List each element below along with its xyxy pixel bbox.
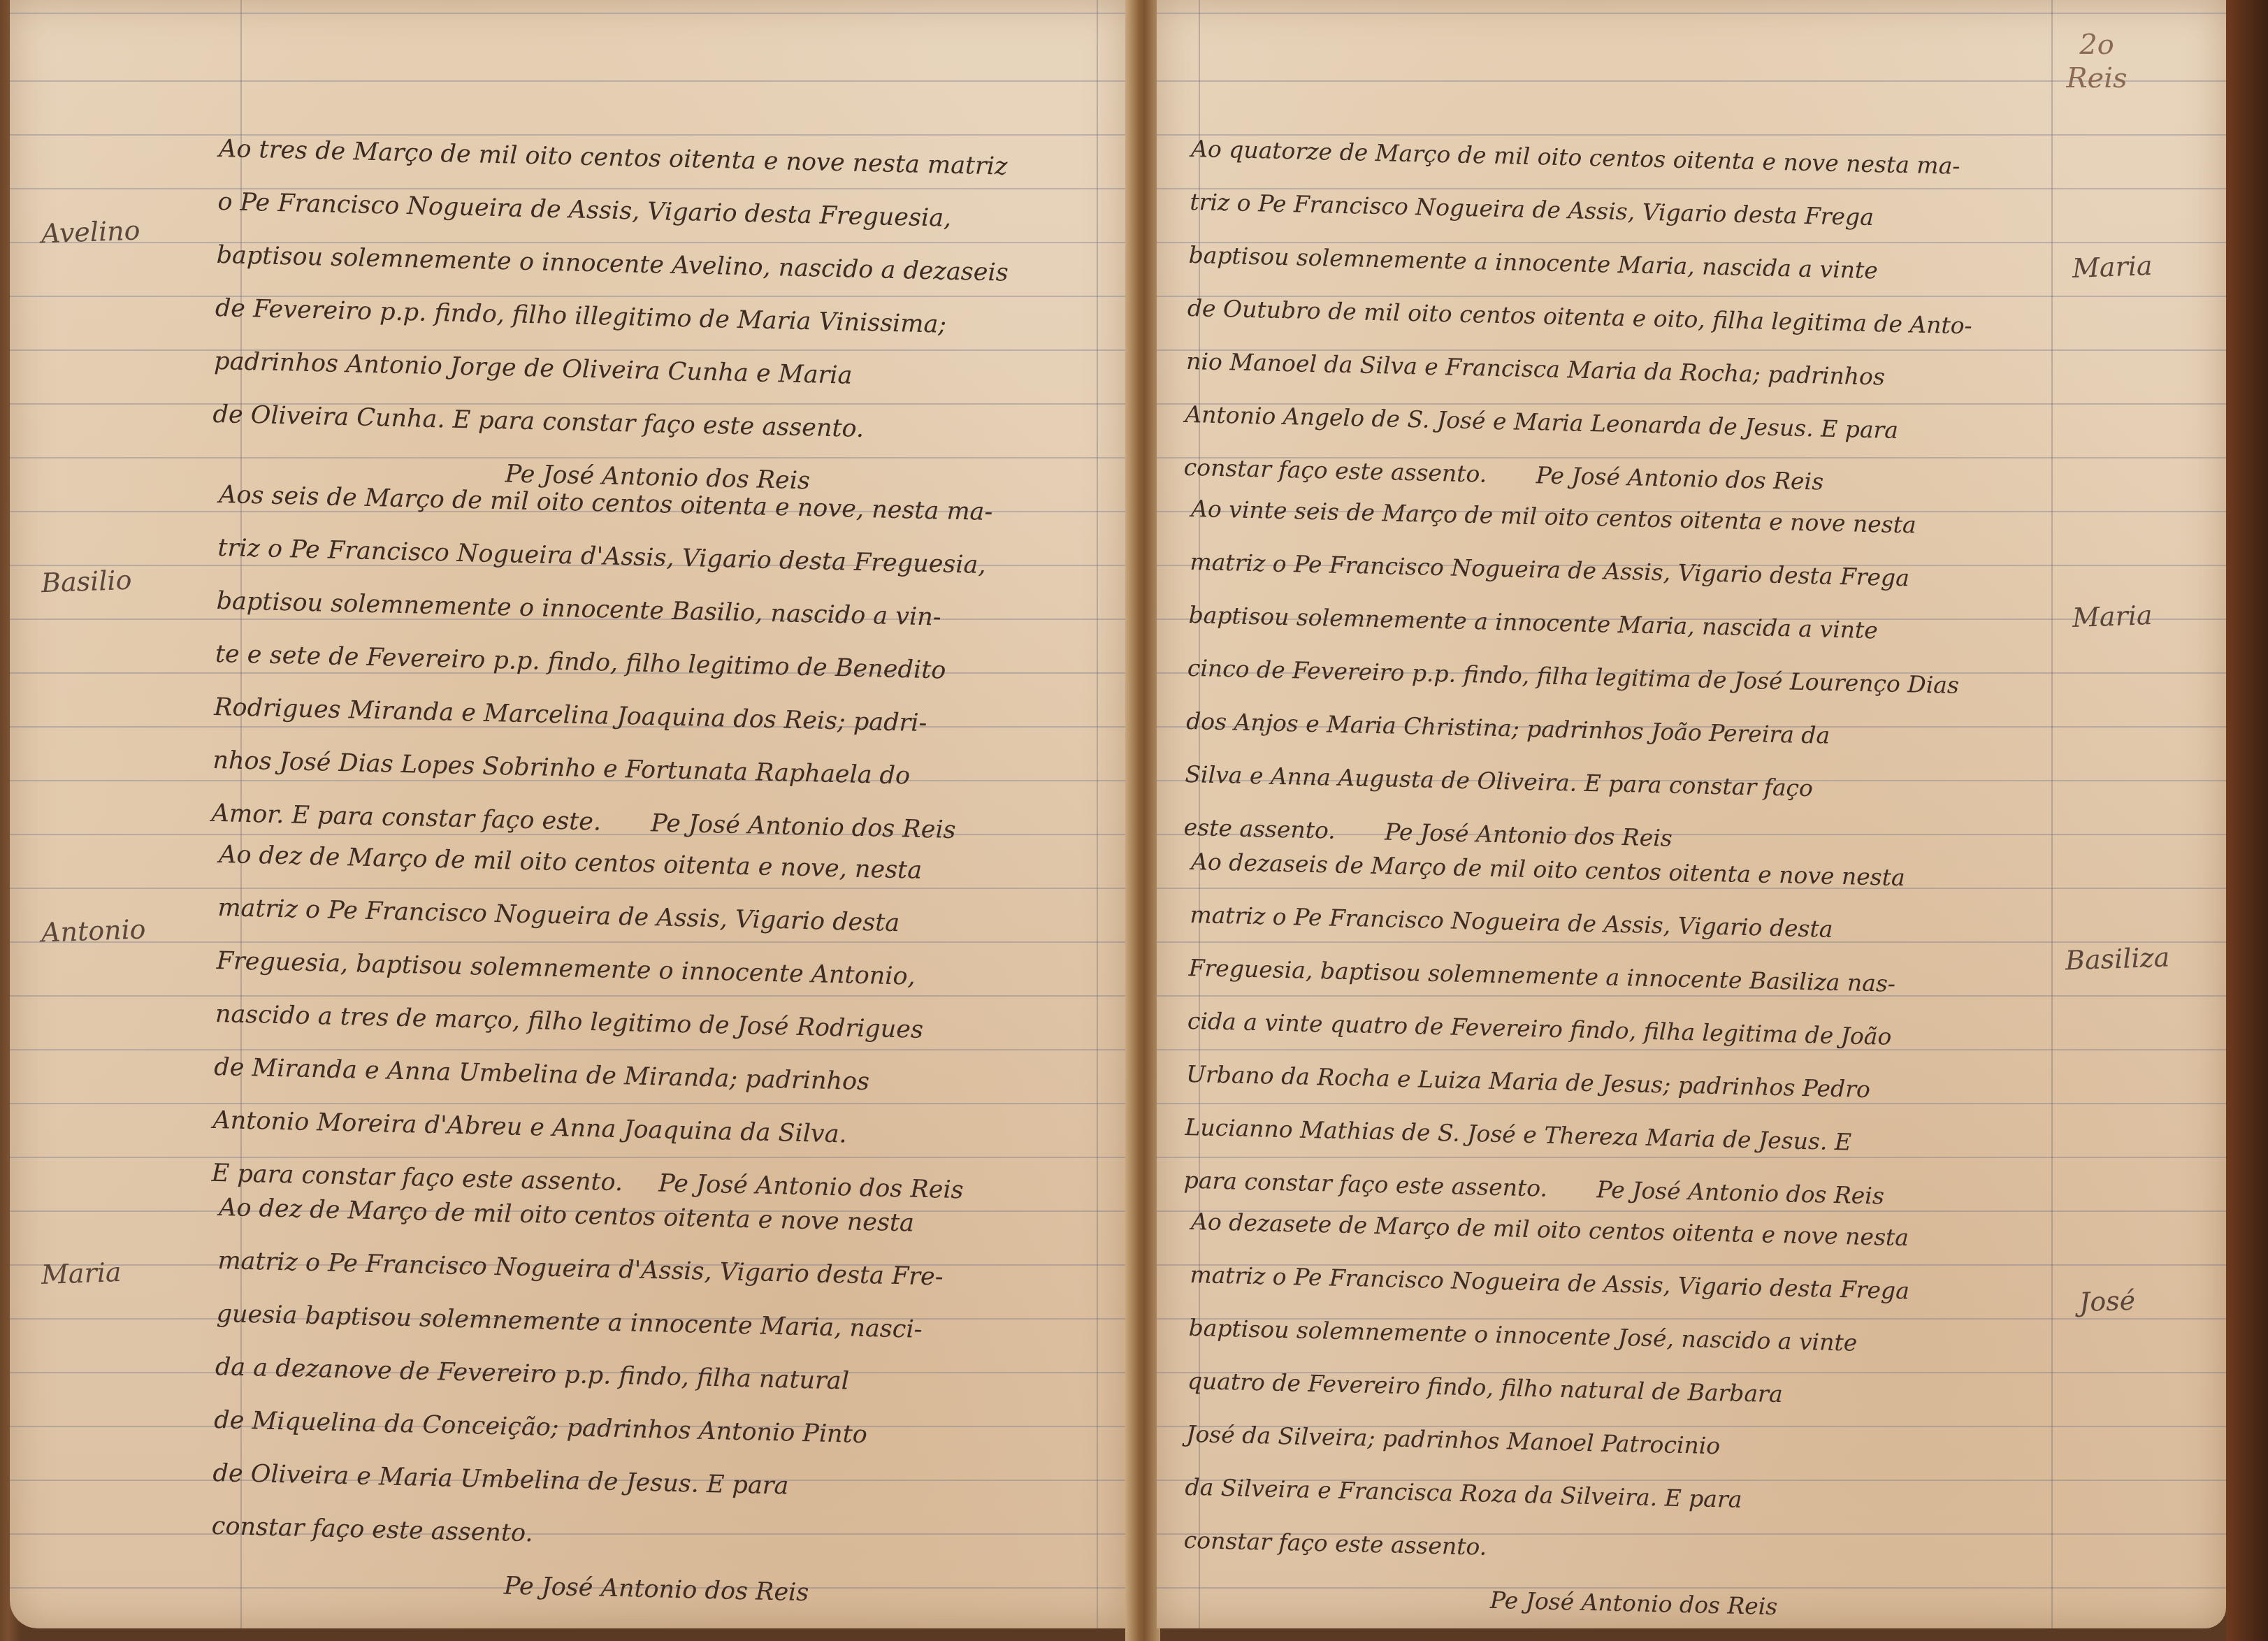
open-register-book: Avelino Ao tres de Março de mil oito cen… <box>0 0 2268 1641</box>
baptism-entry-basilio: Aos seis de Março de mil oito centos oit… <box>211 468 993 858</box>
margin-name-basilio: Basilio <box>41 565 132 598</box>
margin-name-jose: José <box>2079 1285 2136 1318</box>
baptism-entry-jose: Ao dezasete de Março de mil oito centos … <box>1182 1195 1911 1636</box>
margin-rule <box>2051 0 2053 1628</box>
margin-name-maria: Maria <box>2072 250 2153 284</box>
margin-name-basiliza: Basiliza <box>2065 941 2170 976</box>
book-cover-edge <box>2226 0 2268 1641</box>
left-page: Avelino Ao tres de Março de mil oito cen… <box>10 0 1128 1628</box>
margin-name-maria-2: Maria <box>2072 600 2153 633</box>
page-mark-label: Reis <box>2065 62 2128 95</box>
right-margin-rule <box>1097 0 1098 1628</box>
baptism-entry-avelino: Ao tres de Março de mil oito centos oite… <box>211 122 1011 512</box>
right-page: 2o Reis Maria Ao quatorze de Março de mi… <box>1157 0 2226 1628</box>
baptism-entry-maria-1: Ao quatorze de Março de mil oito centos … <box>1183 122 1977 512</box>
baptism-entry-maria-2: Ao vinte seis de Março de mil oito cento… <box>1183 482 1963 872</box>
margin-name-maria: Maria <box>41 1257 122 1290</box>
margin-name-antonio: Antonio <box>41 913 146 948</box>
margin-name-avelino: Avelino <box>41 215 140 250</box>
page-mark-number: 2o <box>2065 28 2128 62</box>
baptism-entry-maria: Ao dez de Março de mil oito centos oiten… <box>210 1181 945 1622</box>
baptism-entry-basiliza: Ao dezaseis de Março de mil oito centos … <box>1183 835 1906 1223</box>
baptism-entry-antonio: Ao dez de Março de mil oito centos oiten… <box>211 828 972 1217</box>
book-gutter <box>1125 0 1160 1641</box>
page-mark: 2o Reis <box>2065 28 2128 95</box>
